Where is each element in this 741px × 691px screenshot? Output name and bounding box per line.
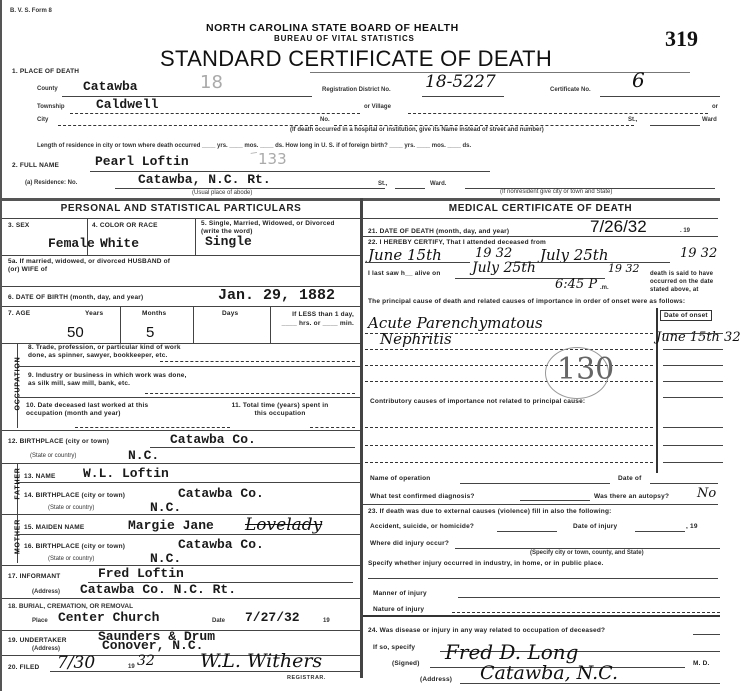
filed-year-prefix: 19 bbox=[128, 664, 135, 670]
township-line bbox=[70, 113, 360, 114]
age-months-value: 5 bbox=[146, 324, 154, 341]
months-label: Months bbox=[142, 310, 166, 317]
residence-label: (a) Residence: No. bbox=[25, 180, 77, 186]
less-than-day-label: If LESS than 1 day, ____ hrs. or ____ mi… bbox=[276, 310, 354, 328]
rule bbox=[363, 504, 718, 505]
contributory-label: Contributory causes of importance not re… bbox=[370, 397, 650, 406]
last-saw-value: July 25th bbox=[472, 260, 536, 276]
rule bbox=[2, 430, 360, 431]
occupation-related-label: 24. Was disease or injury in any way rel… bbox=[368, 627, 605, 634]
onset-header: Date of onset bbox=[660, 310, 712, 321]
cause-rule bbox=[365, 349, 653, 350]
dob-label: 6. DATE OF BIRTH (month, day, and year) bbox=[8, 294, 143, 301]
county-value: Catawba bbox=[83, 79, 138, 94]
marital-value: Single bbox=[205, 234, 252, 249]
city-st-label: St., bbox=[628, 117, 637, 123]
agency-name: NORTH CAROLINA STATE BOARD OF HEALTH bbox=[206, 22, 459, 34]
specify-industry-label: Specify whether injury occurred in indus… bbox=[368, 560, 604, 567]
last-saw-label: I last saw h__ alive on bbox=[368, 270, 441, 277]
rule bbox=[368, 578, 718, 579]
date-of-death-label: 21. DATE OF DEATH (month, day, and year) bbox=[368, 228, 509, 235]
occupation-side-label: OCCUPATION bbox=[15, 344, 22, 424]
manner-label: Manner of injury bbox=[373, 590, 427, 597]
autopsy-label: Was there an autopsy? bbox=[594, 493, 669, 500]
rule bbox=[195, 218, 196, 255]
ward-line bbox=[650, 125, 700, 126]
rule bbox=[17, 397, 360, 398]
external-causes-label: 23. If death was due to external causes … bbox=[368, 508, 612, 515]
race-value: White bbox=[100, 236, 139, 251]
village-label: or Village bbox=[364, 104, 391, 110]
birthplace-label: 12. BIRTHPLACE (city or town) bbox=[8, 438, 109, 445]
medical-section-title: MEDICAL CERTIFICATE OF DEATH bbox=[363, 203, 718, 214]
residence-value: Catawba, N.C. Rt. bbox=[138, 172, 271, 187]
autopsy-value: No bbox=[697, 486, 716, 501]
age-label: 7. AGE bbox=[8, 310, 30, 317]
mother-state-value: N.C. bbox=[150, 551, 181, 566]
registrar-label: REGISTRAR. bbox=[287, 675, 326, 681]
mother-state-label: (State or country) bbox=[48, 556, 94, 562]
nature-label: Nature of injury bbox=[373, 606, 424, 613]
filed-date-value: 7/30 bbox=[57, 653, 95, 673]
pencil-code: 130 bbox=[557, 352, 614, 387]
rule bbox=[460, 483, 610, 484]
undertaker-address-value: Conover, N.C. bbox=[102, 638, 203, 653]
rule bbox=[650, 483, 718, 484]
form-id: B. V. S. Form 8 bbox=[10, 8, 52, 14]
rule bbox=[455, 548, 720, 549]
onset-rule bbox=[663, 365, 723, 366]
birth-state-label: (State or country) bbox=[30, 453, 76, 459]
abode-note: (Usual place of abode) bbox=[192, 190, 252, 196]
physician-signature: Fred D. Long bbox=[445, 640, 578, 664]
spouse-label: 5a. If married, widowed, or divorced HUS… bbox=[8, 258, 178, 274]
last-saw-year: 19 32 bbox=[608, 262, 640, 275]
sex-label: 3. SEX bbox=[8, 222, 29, 229]
burial-date-label: Date bbox=[212, 618, 225, 624]
undertaker-address-label: (Address) bbox=[32, 646, 60, 652]
street-line bbox=[334, 125, 634, 126]
cause-line-2: Nephritis bbox=[380, 330, 452, 348]
informant-address-label: (Address) bbox=[32, 589, 60, 595]
residence-ward-label: Ward. bbox=[430, 181, 446, 187]
last-worked-line bbox=[75, 427, 230, 428]
township-value: Caldwell bbox=[96, 97, 158, 112]
rule bbox=[363, 615, 720, 617]
certify-label: 22. I HEREBY CERTIFY, That I attended de… bbox=[368, 239, 546, 246]
trade-label: 8. Trade, profession, or particular kind… bbox=[28, 344, 188, 360]
rule bbox=[270, 306, 271, 343]
rule bbox=[520, 500, 590, 501]
age-years-value: 50 bbox=[67, 324, 84, 341]
rule bbox=[17, 482, 360, 483]
attended-from-year: 19 32 bbox=[475, 246, 512, 261]
county-label: County bbox=[37, 86, 58, 92]
mother-side-label: MOTHER bbox=[15, 507, 22, 567]
specify-city-note: (Specify city or town, county, and State… bbox=[530, 550, 644, 556]
industry-line bbox=[145, 393, 355, 394]
diagnosis-label: What test confirmed diagnosis? bbox=[370, 493, 475, 500]
days-label: Days bbox=[222, 310, 238, 317]
signed-label: (Signed) bbox=[392, 660, 420, 667]
mother-name-label: 15. MAIDEN NAME bbox=[24, 524, 84, 531]
bureau-name: BUREAU OF VITAL STATISTICS bbox=[274, 34, 415, 43]
father-birthplace-value: Catawba Co. bbox=[178, 486, 264, 501]
certificate-title: STANDARD CERTIFICATE OF DEATH bbox=[160, 46, 552, 72]
total-time-label: 11. Total time (years) spent in this occ… bbox=[230, 402, 330, 418]
father-name-value: W.L. Loftin bbox=[83, 466, 169, 481]
attended-to-year: 19 32 bbox=[680, 246, 717, 261]
registration-line bbox=[422, 96, 504, 97]
onset-rule bbox=[663, 333, 723, 334]
onset-rule bbox=[663, 397, 723, 398]
rule bbox=[365, 262, 470, 263]
rule bbox=[17, 366, 360, 367]
certificate-no-label: Certificate No. bbox=[550, 87, 591, 93]
rule bbox=[693, 634, 720, 635]
registration-district-value: 18-5227 bbox=[425, 72, 496, 92]
mother-name-value: Margie Jane bbox=[128, 518, 214, 533]
burial-year-label: 19 bbox=[323, 618, 330, 624]
undertaker-label: 19. UNDERTAKER bbox=[8, 637, 67, 644]
burial-date-value: 7/27/32 bbox=[245, 610, 300, 625]
death-said-label: death is said to have occurred on the da… bbox=[650, 270, 720, 294]
rule bbox=[2, 306, 360, 307]
township-label: Township bbox=[37, 104, 65, 110]
place-of-death-label: 1. PLACE OF DEATH bbox=[12, 68, 79, 75]
birth-state-value: N.C. bbox=[128, 448, 159, 463]
dob-value: Jan. 29, 1882 bbox=[218, 287, 335, 304]
hospital-note: (If death occurred in a hospital or inst… bbox=[290, 127, 544, 133]
onset-rule bbox=[663, 445, 723, 446]
last-worked-label: 10. Date deceased last worked at this oc… bbox=[26, 402, 171, 418]
column-divider bbox=[360, 198, 363, 678]
rule bbox=[120, 306, 121, 343]
rule bbox=[50, 671, 360, 672]
residence-line bbox=[115, 188, 385, 189]
industry-label: 9. Industry or business in which work wa… bbox=[28, 372, 188, 388]
mother-birthplace-label: 16. BIRTHPLACE (city or town) bbox=[24, 543, 125, 550]
burial-place-label: Place bbox=[32, 618, 48, 624]
father-state-label: (State or country) bbox=[48, 505, 94, 511]
sex-value: Female bbox=[48, 236, 95, 251]
burial-label: 18. BURIAL, CREMATION, OR REMOVAL bbox=[8, 603, 133, 610]
father-name-label: 13. NAME bbox=[24, 473, 56, 480]
onset-rule bbox=[663, 462, 723, 463]
rule bbox=[2, 218, 360, 219]
rule bbox=[2, 598, 360, 599]
residence-st-label: St., bbox=[378, 181, 387, 187]
certificate-no-value: 6 bbox=[632, 68, 645, 92]
father-state-value: N.C. bbox=[150, 500, 181, 515]
father-side-label: FATHER bbox=[15, 454, 22, 514]
page-left-edge bbox=[0, 0, 2, 691]
physician-address-value: Catawba, N.C. bbox=[480, 662, 618, 684]
county-pencil-mark: 18 bbox=[200, 72, 223, 93]
city-line bbox=[58, 125, 318, 126]
burial-place-value: Center Church bbox=[58, 610, 159, 625]
informant-label: 17. INFORMANT bbox=[8, 573, 60, 580]
rule bbox=[2, 255, 360, 256]
where-injury-label: Where did injury occur? bbox=[370, 540, 449, 547]
rule bbox=[460, 683, 720, 684]
onset-rule bbox=[663, 427, 723, 428]
father-birthplace-label: 14. BIRTHPLACE (city or town) bbox=[24, 492, 125, 499]
stamp-number: 319 bbox=[665, 26, 698, 52]
date-of-death-year: . 19 bbox=[680, 228, 690, 234]
rule bbox=[363, 236, 718, 237]
rule bbox=[2, 463, 360, 464]
cause-rule bbox=[365, 462, 653, 463]
village-line bbox=[408, 113, 708, 114]
full-name-pencil-mark: 133 bbox=[258, 150, 287, 168]
cause-rule bbox=[365, 445, 653, 446]
registration-district-label: Registration District No. bbox=[322, 87, 391, 93]
rule bbox=[458, 597, 720, 598]
if-so-label: If so, specify bbox=[373, 644, 415, 651]
certificate-line bbox=[600, 96, 720, 97]
full-name-label: 2. FULL NAME bbox=[12, 162, 59, 169]
race-label: 4. COLOR OR RACE bbox=[92, 222, 158, 229]
rule bbox=[635, 531, 685, 532]
rule bbox=[150, 447, 355, 448]
personal-section-title: PERSONAL AND STATISTICAL PARTICULARS bbox=[2, 203, 360, 214]
informant-address-value: Catawba Co. N.C. Rt. bbox=[80, 582, 236, 597]
operation-date-label: Date of bbox=[618, 475, 641, 482]
md-label: M. D. bbox=[693, 660, 710, 667]
informant-value: Fred Loftin bbox=[98, 566, 184, 581]
filed-year-value: 32 bbox=[137, 653, 155, 669]
injury-date-label: Date of injury bbox=[573, 523, 617, 530]
or-label: or bbox=[712, 104, 718, 110]
physician-address-label: (Address) bbox=[420, 676, 452, 683]
filed-label: 20. FILED bbox=[8, 664, 39, 671]
onset-rule bbox=[663, 349, 723, 350]
mother-birthplace-value: Catawba Co. bbox=[178, 537, 264, 552]
city-label: City bbox=[37, 117, 48, 123]
years-label: Years bbox=[85, 310, 103, 317]
injury-year-label: , 19 bbox=[686, 523, 698, 530]
cause-rule bbox=[365, 427, 653, 428]
mother-name-handwritten: Lovelady bbox=[245, 515, 322, 535]
rule bbox=[17, 534, 360, 535]
total-time-line bbox=[310, 427, 355, 428]
death-time-value: 6:45 P bbox=[555, 277, 597, 292]
city-no-label: No. bbox=[320, 117, 330, 123]
rule bbox=[193, 306, 194, 343]
accident-label: Accident, suicide, or homicide? bbox=[370, 523, 474, 530]
cause-intro-label: The principal cause of death and related… bbox=[368, 297, 723, 307]
nonresident-note: (If nonresident give city or town and St… bbox=[500, 189, 612, 195]
operation-label: Name of operation bbox=[370, 475, 430, 482]
rule bbox=[363, 218, 718, 219]
residence-st-line bbox=[395, 188, 425, 189]
rule bbox=[497, 531, 557, 532]
date-of-death-value: 7/26/32 bbox=[590, 217, 647, 237]
full-name-value: Pearl Loftin bbox=[95, 154, 189, 169]
m-label: .m. bbox=[600, 285, 609, 291]
city-ward-label: Ward bbox=[702, 117, 717, 123]
onset-rule bbox=[663, 381, 723, 382]
registrar-signature: W.L. Withers bbox=[200, 650, 322, 672]
rule bbox=[452, 612, 720, 613]
trade-line bbox=[160, 361, 355, 362]
birthplace-value: Catawba Co. bbox=[170, 432, 256, 447]
